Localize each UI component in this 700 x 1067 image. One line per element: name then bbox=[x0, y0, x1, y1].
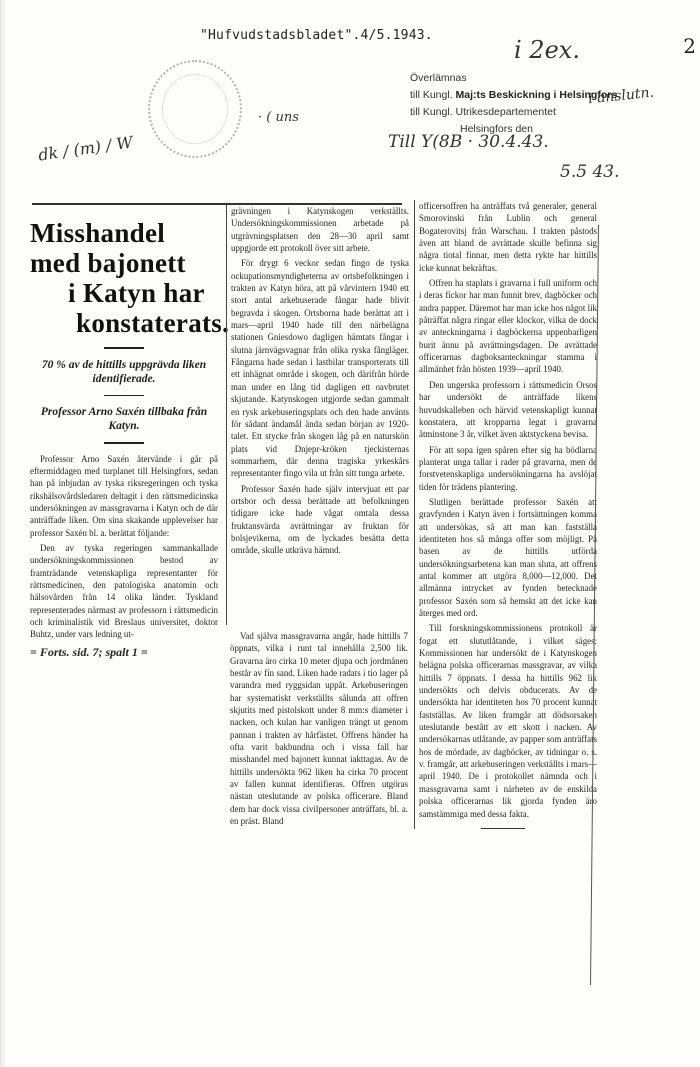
headline: Misshandel med bajonett i Katyn har kons… bbox=[30, 218, 218, 338]
stamp-line-3: till Kungl. Utrikesdepartementet bbox=[410, 104, 617, 121]
paragraph: officersoffren ha anträffats två general… bbox=[419, 200, 597, 274]
forwarding-stamp: Överlämnas till Kungl. Maj:ts Beskicknin… bbox=[410, 70, 617, 138]
paragraph: Till forskningskommissionens protokoll ä… bbox=[419, 622, 597, 820]
paragraph: Den av tyska regeringen sammankallade un… bbox=[30, 542, 218, 641]
handwritten-mark: · ( uns bbox=[258, 110, 299, 125]
column-1: Misshandel med bajonett i Katyn har kons… bbox=[30, 218, 218, 658]
paragraph: För drygt 6 veckor sedan fingo de tyska … bbox=[231, 257, 409, 479]
divider bbox=[104, 347, 144, 349]
handwritten-copies-note: i 2ex. bbox=[514, 36, 580, 64]
paragraph: grävningen i Katynskogen verkställts. Un… bbox=[231, 205, 409, 254]
subheadline-2: Professor Arno Saxén tillbaka från Katyn… bbox=[30, 405, 218, 433]
stamp-line-4: Helsingfors den bbox=[410, 121, 617, 138]
paragraph: Professor Saxén hade själv intervjuat et… bbox=[231, 483, 409, 557]
column-2-lower: Vad själva massgravarna angår, hade hitt… bbox=[226, 630, 408, 828]
column-2: grävningen i Katynskogen verkställts. Un… bbox=[226, 205, 409, 625]
paragraph: Den ungerska professorn i rättsmedicin O… bbox=[419, 379, 597, 441]
typed-source-header: "Hufvudstadsbladet".4/5.1943. bbox=[200, 28, 433, 43]
continuation-note: = Forts. sid. 7; spalt 1 = bbox=[30, 646, 218, 658]
subheadline-1: 70 % av de hittills uppgrävda liken iden… bbox=[30, 358, 218, 386]
divider bbox=[104, 442, 144, 444]
round-seal-stamp-icon bbox=[148, 60, 242, 158]
page-number: 2 bbox=[683, 34, 696, 58]
stamp-line-2: till Kungl. Maj:ts Beskickning i Helsing… bbox=[410, 87, 617, 104]
end-rule bbox=[481, 828, 525, 830]
column-3: officersoffren ha anträffats två general… bbox=[414, 200, 597, 829]
scan-edge-shadow bbox=[0, 0, 6, 1067]
paragraph: Vad själva massgravarna angår, hade hitt… bbox=[230, 630, 408, 828]
paragraph: Professor Arno Saxén återvände i går på … bbox=[30, 453, 218, 539]
stamp-line-1: Överlämnas bbox=[410, 70, 617, 87]
handwritten-date: 5.5 43. bbox=[560, 162, 619, 182]
paragraph: För att sopa igen spåren efter sig ha bö… bbox=[419, 444, 597, 493]
paragraph: Slutligen berättade professor Saxén att … bbox=[419, 496, 597, 619]
newspaper-clipping: Misshandel med bajonett i Katyn har kons… bbox=[22, 200, 602, 990]
handwritten-margin-note: dk / (m) / W bbox=[37, 131, 134, 166]
paragraph: Offren ha staplats i gravarna i full uni… bbox=[419, 277, 597, 376]
divider bbox=[104, 395, 144, 397]
